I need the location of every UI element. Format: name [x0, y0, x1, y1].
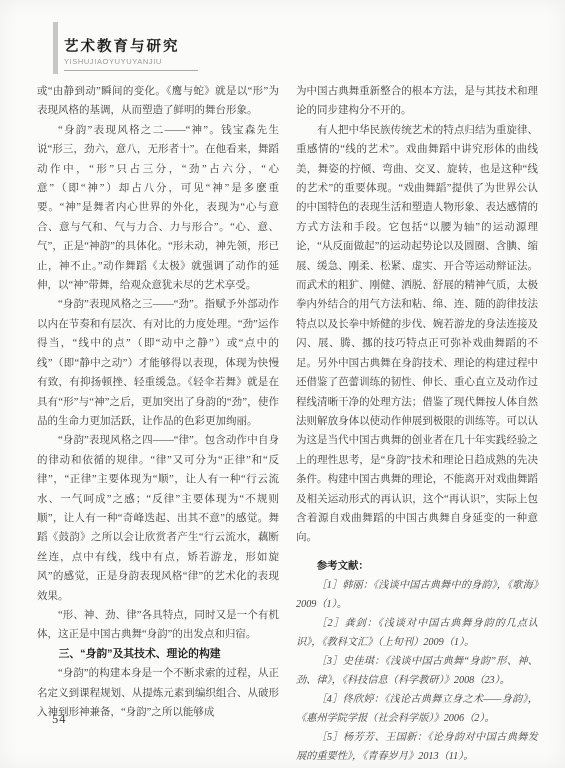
journal-page: 艺术教育与研究 YISHUJIAOYUYUYANJIU 或“由静到动”瞬间的变化… [0, 0, 565, 768]
journal-title: 艺术教育与研究 [64, 35, 198, 56]
journal-pinyin: YISHUJIAOYUYUYANJIU [64, 57, 198, 66]
references-section: 参考文献： ［1］韩丽：《浅谈中国古典舞中的身韵》，《歌海》2009（1）。 ［… [296, 557, 538, 766]
references-heading: 参考文献： [296, 557, 538, 576]
paragraph: 为中国古典舞重新整合的根本方法，是与其技术和理论的同步建构分不开的。 [296, 82, 538, 121]
paragraph: “身韵”表现风格之四——“律”。包含动作中自身的律动和依循的规律。“律”又可分为… [37, 431, 279, 606]
header-accent-bar [53, 22, 58, 74]
reference-item: ［3］史佳琪：《浅谈中国古典舞“身韵”形、神、劲、律》，《科技信息（科学教研）》… [296, 652, 538, 690]
left-column: 或“由静到动”瞬间的变化。《鹰与蛇》就是以“形”为表现风格的基调，从而塑造了鲜明… [37, 82, 279, 766]
reference-item: ［4］佟欣婷：《浅论古典舞立身之术——身韵》，《惠州学院学报（社会科学版）》20… [296, 690, 538, 728]
paragraph: 有人把中华民族传统艺术的特点归结为重旋律、重感情的“线的艺术”。戏曲舞蹈中讲究形… [296, 121, 538, 548]
right-column: 为中国古典舞重新整合的根本方法，是与其技术和理论的同步建构分不开的。 有人把中华… [296, 82, 538, 766]
reference-item: ［1］韩丽：《浅谈中国古典舞中的身韵》，《歌海》2009（1）。 [296, 576, 538, 614]
paragraph: “身韵”的构建本身是一个不断求索的过程，从正名定义到课程规划、从提炼元素到编织组… [37, 664, 279, 722]
paragraph: “身韵”表现风格之三——“劲”。指赋予外部动作以内在节奏和有层次、有对比的力度处… [37, 295, 279, 431]
reference-item: ［2］龚剑：《浅谈对中国古典舞身韵的几点认识》，《教科文汇》（上旬刊）2009（… [296, 614, 538, 652]
reference-item: ［5］杨芳芳、王国新：《论身韵对中国古典舞发展的重要性》，《青春岁月》2013（… [296, 728, 538, 766]
journal-header: 艺术教育与研究 YISHUJIAOYUYUYANJIU [64, 35, 198, 71]
paragraph: “身韵”表现风格之二——“神”。钱宝森先生说“形三，劲六，意八，无形者十”。在他… [37, 121, 279, 296]
article-body: 或“由静到动”瞬间的变化。《鹰与蛇》就是以“形”为表现风格的基调，从而塑造了鲜明… [37, 82, 538, 766]
paragraph: 或“由静到动”瞬间的变化。《鹰与蛇》就是以“形”为表现风格的基调，从而塑造了鲜明… [37, 82, 279, 121]
page-number: 54 [52, 712, 67, 727]
paragraph: “形、神、劲、律”各具特点，同时又是一个有机体，这正是中国古典舞“身韵”的出发点… [37, 606, 279, 645]
section-heading: 三、“身韵”及其技术、理论的构建 [37, 645, 279, 664]
